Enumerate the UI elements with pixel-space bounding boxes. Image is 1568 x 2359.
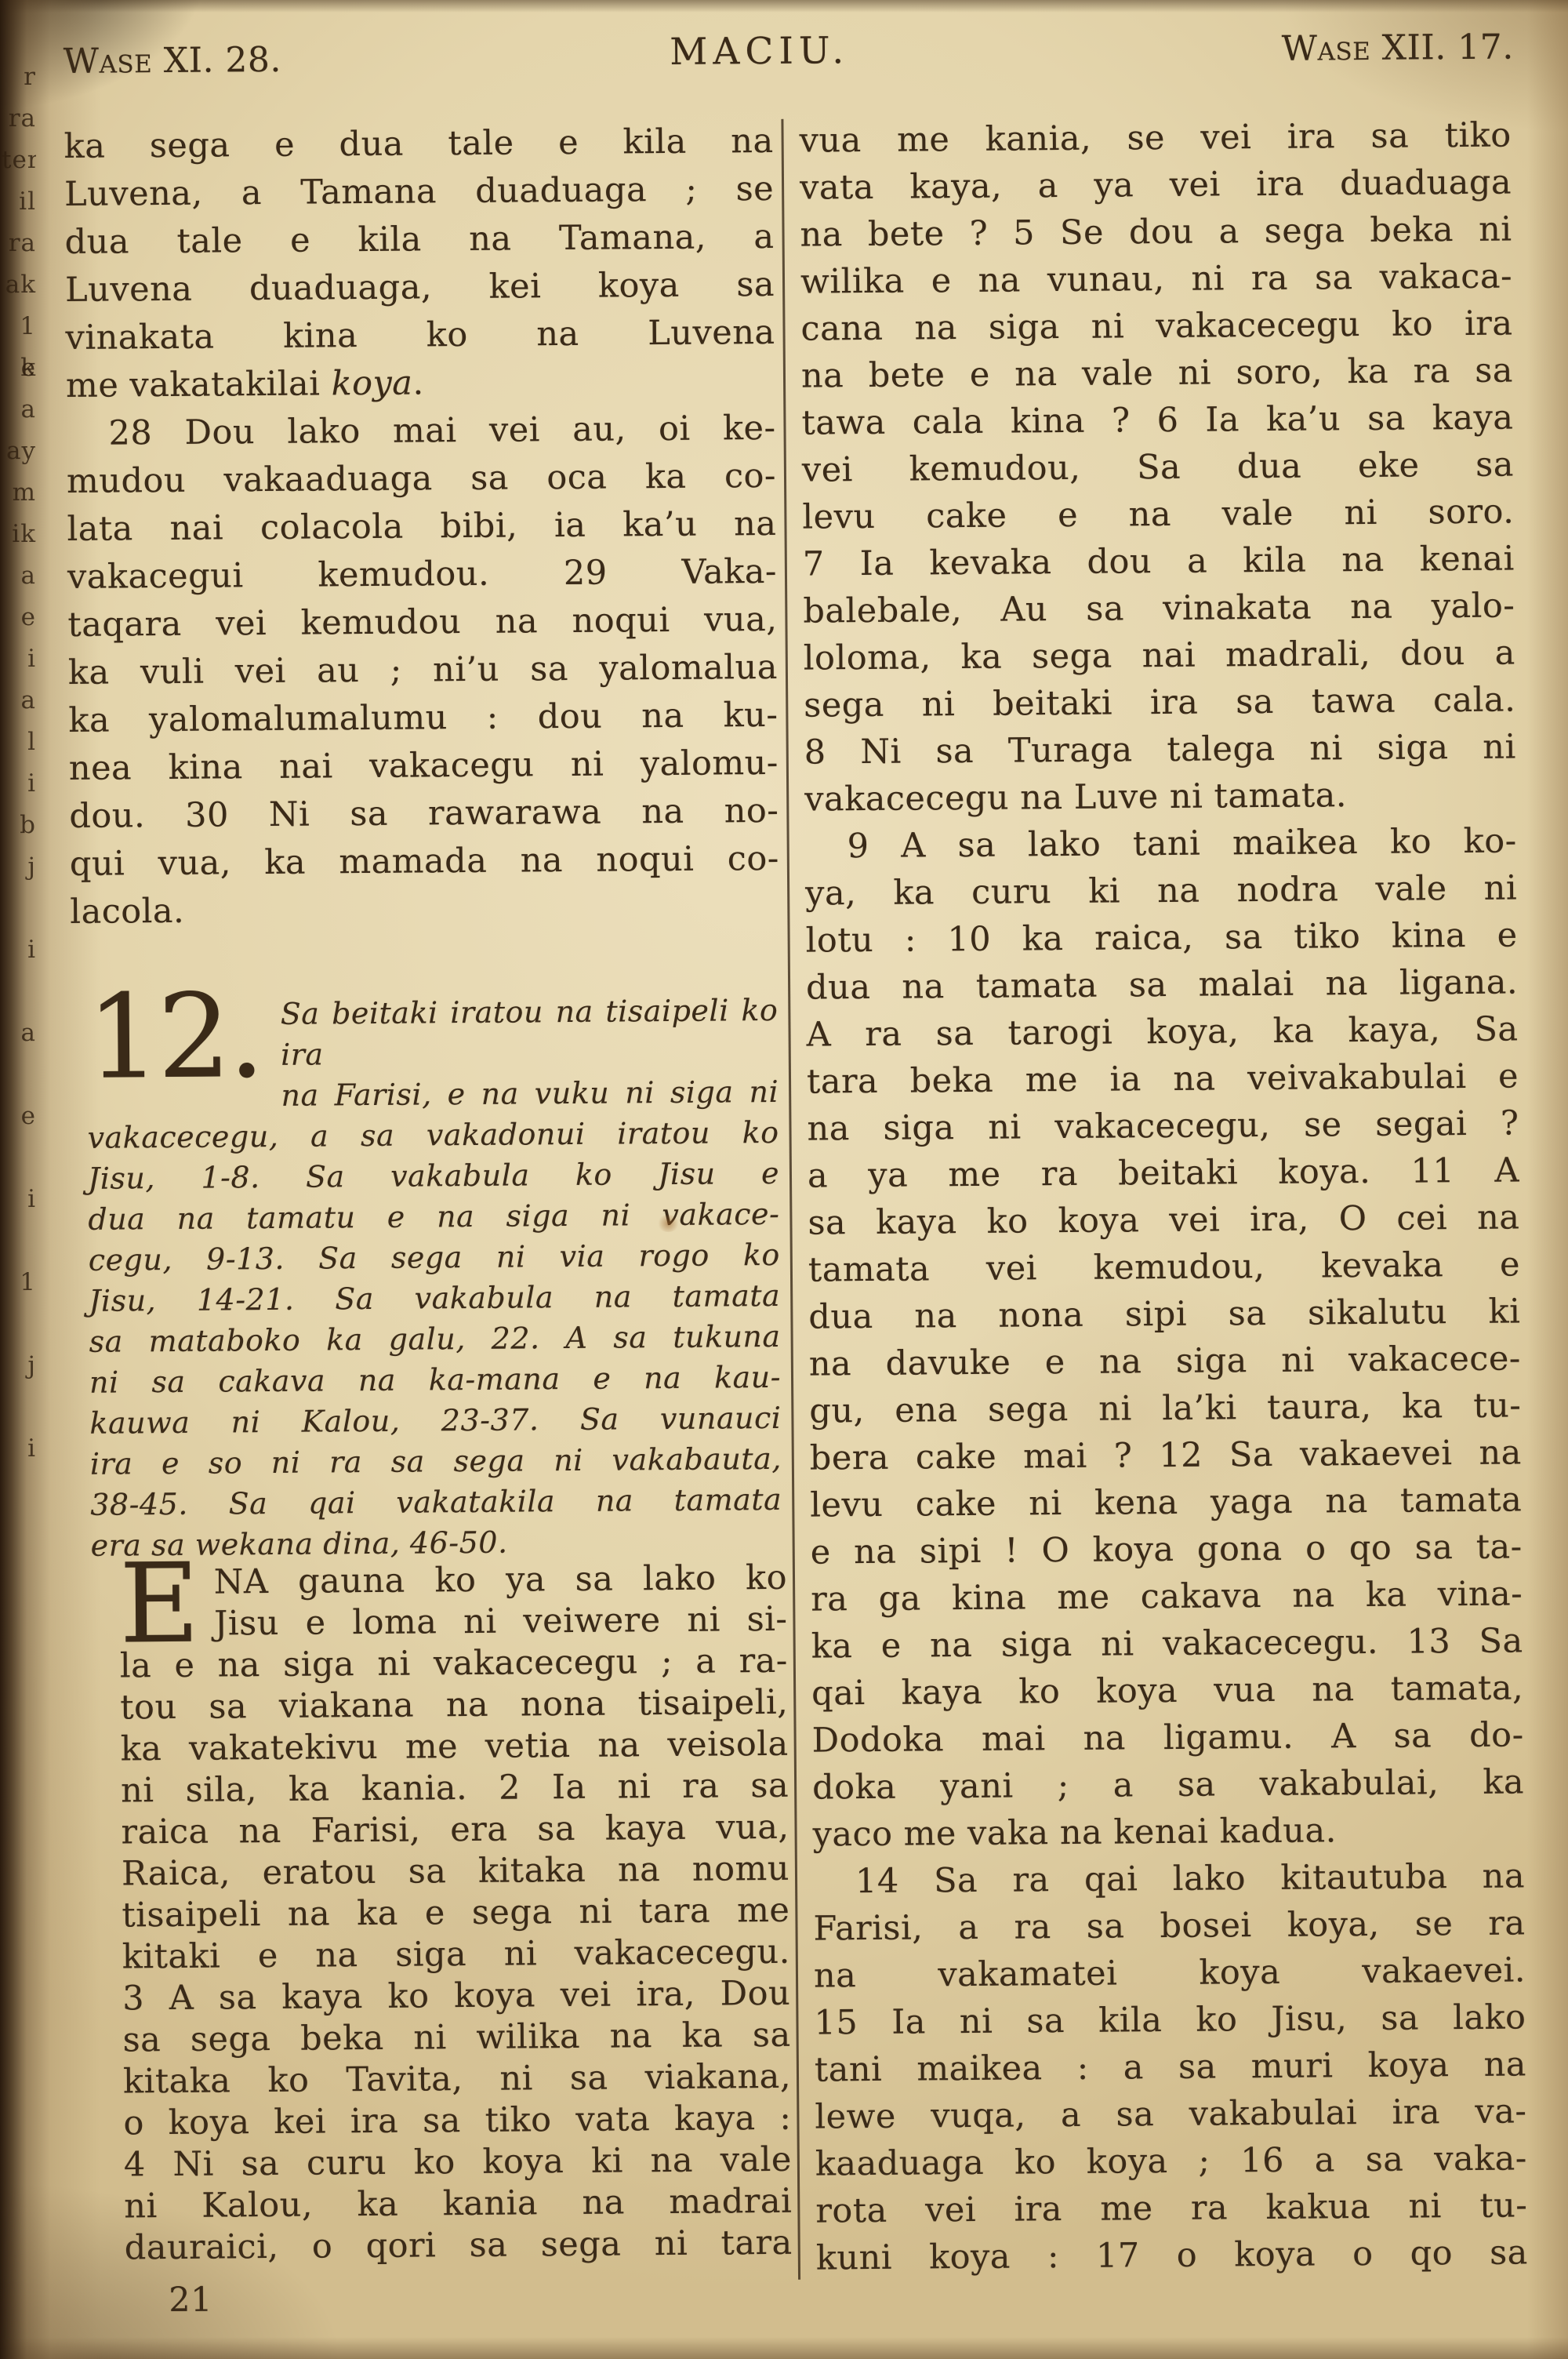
text-line: kauwa ni Kalou, 23-37. Sa vunauci — [89, 1398, 781, 1444]
text-line: Jisu, 1-8. Sa vakabula ko Jisu e — [88, 1153, 779, 1199]
text-line: mudou vakaaduaga sa oca ka co- — [67, 453, 776, 506]
text-line: balebale, Au sa vinakata na yalo- — [803, 582, 1515, 634]
text-line: ka vakatekivu me vetia na veisola — [121, 1724, 789, 1771]
text-line: tamata vei kemudou, kevaka e — [808, 1241, 1520, 1293]
text-line: 38-45. Sa qai vakatakila na tamata — [90, 1479, 782, 1525]
text-line: dua na tamata sa malai na ligana. — [806, 958, 1518, 1011]
text-line: lewe vuqa, a sa vakabulai ira va- — [815, 2088, 1526, 2140]
text-line: sega ni beitaki ira sa tawa cala. — [804, 676, 1515, 729]
paper-stain — [657, 1215, 679, 1232]
body-lines: NA gauna ko ya sa lako koJisu e loma ni … — [119, 1558, 793, 2270]
text-line: dou. 30 Ni sa rawarawa na no- — [69, 787, 779, 841]
text-line: Jisu e loma ni veiwere ni si- — [119, 1599, 787, 1646]
text-line: NA gauna ko ya sa lako ko — [119, 1558, 787, 1605]
text-line: vei kemudou, Sa dua eke sa — [802, 442, 1514, 494]
text-line: raica na Farisi, era sa kaya vua, — [121, 1807, 789, 1854]
left-column-body: E NA gauna ko ya sa lako koJisu e loma n… — [119, 1558, 793, 2270]
right-column: vua me kania, se vei ira sa tikovata kay… — [799, 112, 1528, 2282]
text-line: tisaipeli na ka e sega ni tara me — [122, 1890, 789, 1937]
left-column-chapter-summary: 12. Sa beitaki iratou na tisaipeli ko ir… — [86, 990, 782, 1566]
text-line: A ra sa tarogi koya, ka kaya, Sa — [806, 1005, 1518, 1058]
text-line: dua na nona sipi sa sikalutu ki — [808, 1288, 1520, 1340]
text-line: ka e na siga ni vakacecegu. 13 Sa — [811, 1617, 1523, 1670]
text-line: na davuke e na siga ni vakacece- — [809, 1335, 1521, 1387]
text-line: vakacecegu na Luve ni tamata. — [804, 770, 1516, 823]
text-line: tani maikea : a sa muri koya na — [815, 2041, 1526, 2093]
text-line: doka yani ; a sa vakabulai, ka — [812, 1758, 1524, 1811]
text-line: lacola. — [70, 883, 779, 936]
text-line: ka sega e dua tale e kila na — [64, 118, 773, 171]
text-line: 3 A sa kaya ko koya vei ira, Dou — [122, 1973, 790, 2020]
text-line: kitaka ko Tavita, ni sa viakana, — [123, 2056, 791, 2103]
text-line: 15 Ia ni sa kila ko Jisu, sa lako — [814, 1994, 1526, 2046]
text-line: ka yalomalumalumu : dou na ku- — [68, 692, 778, 745]
text-line: Farisi, a ra sa bosei koya, se ra — [813, 1899, 1525, 1952]
text-line: na bete ? 5 Se dou a sega beka ni — [800, 206, 1512, 259]
text-line: 4 Ni sa curu ko koya ki na vale — [124, 2139, 792, 2186]
text-line: ni sila, ka kania. 2 Ia ni ra sa — [121, 1765, 789, 1812]
text-line: tara beka me ia na veivakabulai e — [807, 1052, 1519, 1105]
text-line: gu, ena sega ni la’ki taura, ka tu- — [809, 1382, 1521, 1434]
text-line: kuni koya : 17 o koya o qo sa — [816, 2229, 1528, 2281]
text-line: qai kaya ko koya vua na tamata, — [811, 1664, 1523, 1717]
text-line: Raica, eratou sa kitaka na nomu — [122, 1848, 789, 1896]
text-line: bera cake mai ? 12 Sa vakaevei na — [810, 1429, 1522, 1481]
drop-cap-letter: E — [119, 1564, 201, 1646]
text-line: vakacegui kemudou. 29 Vaka- — [67, 548, 777, 602]
text-line: rota vei ira me ra kakua ni tu- — [815, 2182, 1527, 2234]
text-line: ira e so ni ra sa sega ni vakabauta, — [90, 1438, 782, 1485]
text-line: taqara vei kemudou na noqui vua, — [67, 596, 777, 649]
text-line: kitaki e na siga ni vakacecegu. — [122, 1932, 790, 1979]
text-line: yaco me vaka na kenai kadua. — [812, 1805, 1524, 1858]
text-line: na vakamatei koya vakaevei. — [814, 1946, 1526, 1999]
text-line: 28 Dou lako mai vei au, oi ke- — [66, 405, 775, 458]
text-line: dauraici, o qori sa sega ni tara — [125, 2223, 793, 2270]
text-line: me vakatakilai koya. — [66, 357, 775, 410]
text-line: o koya kei ira sa tiko vata kaya : — [123, 2098, 791, 2145]
text-line: ni sa cakava na ka-mana e na kau- — [89, 1357, 781, 1403]
text-line: levu cake e na vale ni soro. — [802, 489, 1514, 541]
text-line: 9 A sa lako tani maikea ko ko- — [804, 817, 1516, 870]
text-line: Luvena duaduaga, kei koya sa — [65, 261, 775, 314]
text-line: levu cake ni kena yaga na tamata — [810, 1476, 1522, 1528]
text-line: kaaduaga ko koya ; 16 a sa vaka- — [815, 2135, 1527, 2187]
text-line: wilika e na vunau, ni ra sa vakaca- — [800, 253, 1512, 306]
text-line: na bete e na vale ni soro, ka ra sa — [801, 347, 1513, 400]
photographed-book-page: { "book": { "colors": { "ink": "#3a2a18"… — [0, 0, 1568, 2359]
text-line: 7 Ia kevaka dou a kila na kenai — [803, 536, 1515, 588]
text-line: nea kina nai vakacegu ni yalomu- — [69, 740, 779, 793]
text-line: ya, ka curu ki na nodra vale ni — [805, 864, 1517, 917]
text-line: vakacecegu, a sa vakadonui iratou ko — [87, 1112, 779, 1158]
text-line: vinakata kina ko na Luvena — [65, 309, 775, 362]
text-line: Luvena, a Tamana duaduaga ; se — [64, 165, 774, 219]
text-line: na siga ni vakacecegu, se segai ? — [807, 1100, 1519, 1152]
text-line: a ya me ra beitaki koya. 11 A — [808, 1147, 1519, 1199]
text-line: ni Kalou, ka kania na madrai — [124, 2181, 792, 2228]
chapter-number: 12. — [86, 995, 262, 1078]
text-line: qui vua, ka mamada na noqui co- — [70, 835, 779, 889]
text-line: vua me kania, se vei ira sa tiko — [799, 112, 1511, 165]
text-line: sa kaya ko koya vei ira, O cei na — [808, 1194, 1519, 1246]
text-line: ra ga kina me cakava na ka vina- — [811, 1570, 1523, 1623]
text-line: dua tale e kila na Tamana, a — [64, 213, 774, 267]
left-column-verses: ka sega e dua tale e kila naLuvena, a Ta… — [64, 118, 779, 936]
aged-paper-page: rraterilraak1 ekaaymikaeialibjiaei1ji Wa… — [0, 0, 1568, 2359]
text-line: loloma, ka sega nai madrali, dou a — [804, 629, 1515, 682]
text-line: lata nai colacola bibi, ia ka’u na — [67, 500, 776, 554]
text-line: Jisu, 14-21. Sa vakabula na tamata — [89, 1275, 780, 1321]
text-line: e na sipi ! O koya gona o qo sa ta- — [811, 1523, 1523, 1576]
text-line: vata kaya, a ya vei ira duaduaga — [800, 159, 1512, 212]
text-line: la e na siga ni vakacecegu ; a ra- — [120, 1641, 788, 1688]
text-line: tawa cala kina ? 6 Ia ka’u sa kaya — [801, 394, 1513, 447]
running-head-right: Wase XII. 17. — [1282, 27, 1514, 68]
text-line: ka vuli vei au ; ni’u sa yalomalua — [68, 644, 778, 697]
text-line: Dodoka mai na ligamu. A sa do- — [811, 1711, 1523, 1764]
page-number: 21 — [169, 2281, 212, 2320]
text-line: cegu, 9-13. Sa sega ni via rogo ko — [89, 1234, 780, 1281]
text-line: 8 Ni sa Turaga talega ni siga ni — [804, 723, 1516, 776]
text-line: cana na siga ni vakacecegu ko ira — [800, 300, 1512, 353]
text-line: lotu : 10 ka raica, sa tiko kina e — [805, 911, 1517, 964]
page-content: Wase XI. 28. MACIU. Wase XII. 17. ka seg… — [0, 0, 1568, 2359]
text-line: tou sa viakana na nona tisaipeli, — [120, 1682, 788, 1729]
text-line: 14 Sa ra qai lako kitautuba na — [813, 1852, 1525, 1905]
text-line: sa mataboko ka galu, 22. A sa tukuna — [89, 1316, 780, 1362]
text-line: sa sega beka ni wilika na ka sa — [122, 2015, 790, 2062]
